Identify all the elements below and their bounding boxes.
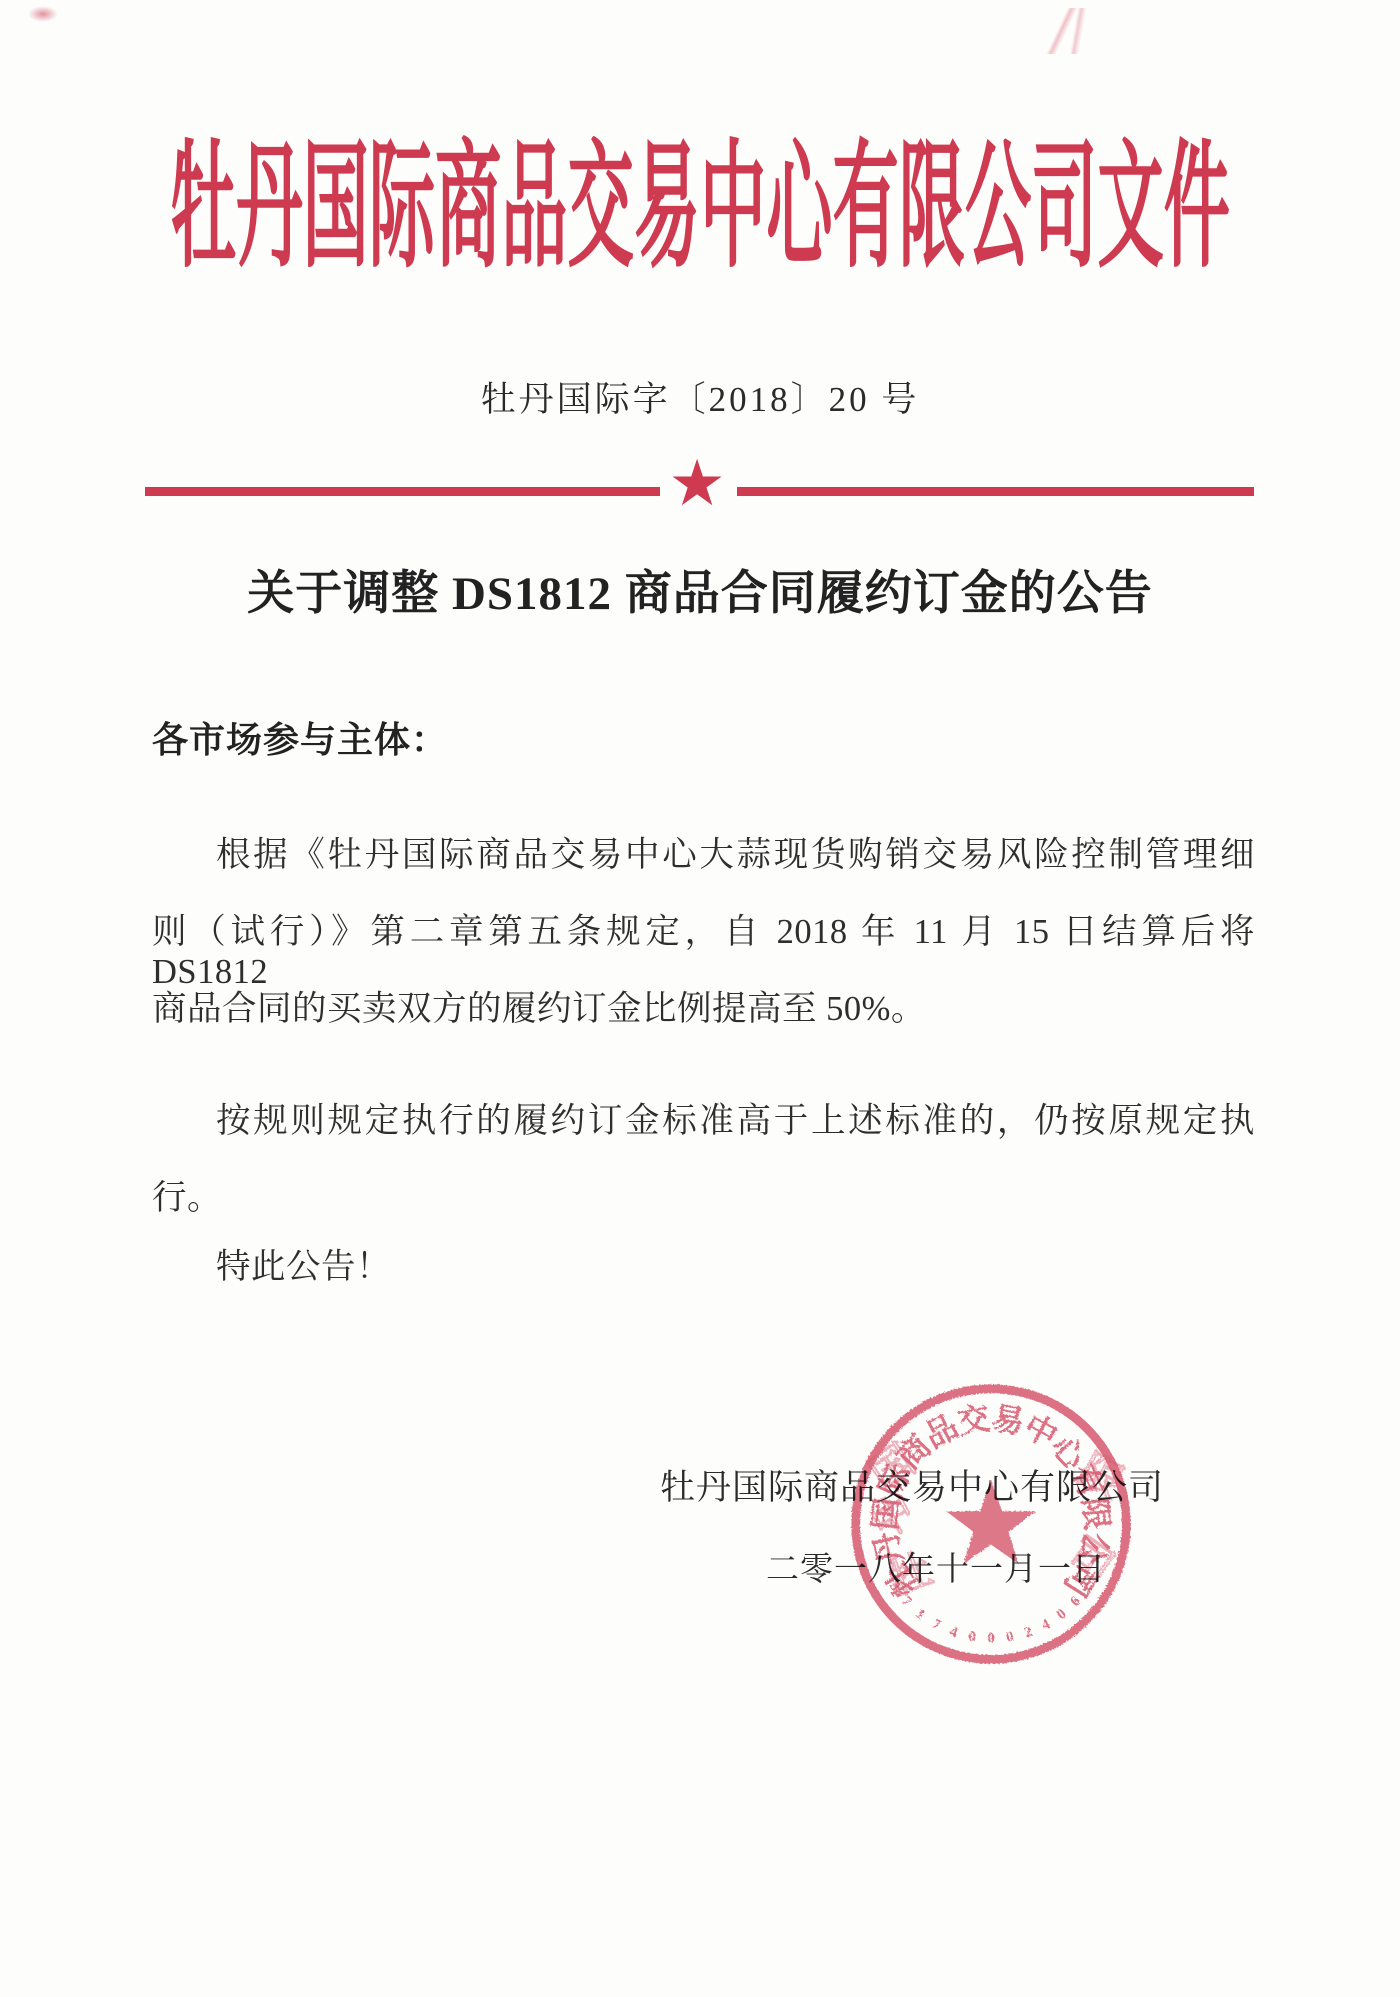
closing-line: 特此公告！ [152, 1238, 1255, 1288]
svg-text:4: 4 [948, 1624, 961, 1642]
body-line: 根据《牡丹国际商品交易中心大蒜现货购销交易风险控制管理细 [152, 826, 1255, 876]
company-seal-stamp: 牡丹国际商品交易中心有限公司 3717400024062 国中牡限司 [845, 1378, 1137, 1670]
body-line: 则（试行）》第二章第五条规定，自 2018 年 11 月 15 日结算后将 DS… [152, 903, 1255, 992]
salutation: 各市场参与主体： [152, 712, 448, 763]
body-line: 商品合同的买卖双方的履约订金比例提高至 50%。 [152, 980, 1255, 1030]
seal-svg: 牡丹国际商品交易中心有限公司 3717400024062 国中牡限司 [845, 1378, 1137, 1670]
divider-line-right [737, 487, 1254, 496]
scan-artifact [1025, 8, 1105, 54]
body-line: 按规则规定执行的履约订金标准高于上述标准的，仍按原规定执 [152, 1092, 1255, 1142]
announcement-title: 关于调整 DS1812 商品合同履约订金的公告 [0, 556, 1400, 623]
svg-text:2: 2 [1022, 1624, 1034, 1642]
signature-date: 二零一八年十一月一日 [766, 1543, 1106, 1590]
divider-line-left [145, 487, 660, 496]
svg-text:品: 品 [919, 1408, 964, 1455]
svg-text:0: 0 [967, 1629, 977, 1646]
svg-text:7: 7 [898, 1593, 915, 1609]
body-line: 行。 [152, 1169, 1255, 1219]
letterhead: 牡丹国际商品交易中心有限公司文件 [0, 136, 1400, 281]
svg-text:6: 6 [1067, 1593, 1084, 1609]
star-icon: ★ [668, 452, 725, 516]
svg-text:0: 0 [1054, 1606, 1070, 1623]
svg-text:1: 1 [913, 1606, 929, 1623]
seal-ring [856, 1389, 1127, 1660]
svg-text:0: 0 [987, 1631, 994, 1647]
svg-text:交: 交 [955, 1400, 993, 1441]
svg-text:0: 0 [1005, 1629, 1015, 1646]
svg-text:中: 中 [1018, 1408, 1063, 1455]
scan-artifact [28, 6, 58, 22]
org-title: 牡丹国际商品交易中心有限公司文件 [170, 136, 1230, 281]
document-page: 牡丹国际商品交易中心有限公司文件 牡丹国际字〔2018〕20 号 ★ 关于调整 … [0, 0, 1400, 1997]
doc-number: 牡丹国际字〔2018〕20 号 [0, 372, 1400, 422]
svg-text:易: 易 [989, 1400, 1027, 1441]
svg-text:7: 7 [929, 1616, 943, 1634]
svg-text:4: 4 [1039, 1616, 1054, 1634]
signature-company: 牡丹国际商品交易中心有限公司 [660, 1460, 1164, 1510]
